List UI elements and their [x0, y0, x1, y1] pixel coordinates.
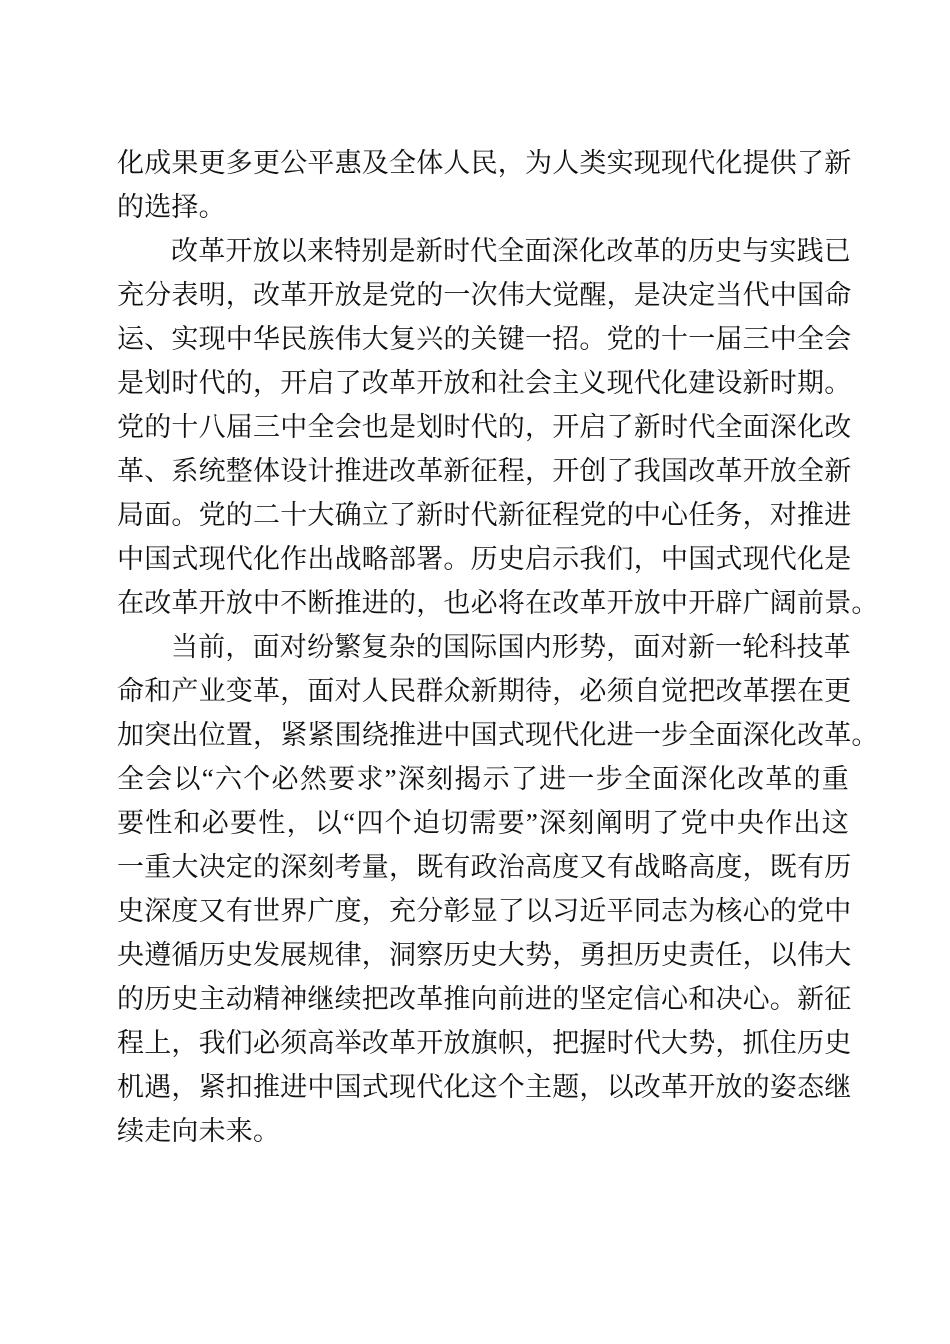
text-line: 一重大决定的深刻考量，既有政治高度又有战略高度，既有历: [117, 845, 849, 889]
text-line: 是划时代的，开启了改革开放和社会主义现代化建设新时期。: [117, 361, 849, 405]
text-line: 局面。党的二十大确立了新时代新征程党的中心任务，对推进: [117, 493, 849, 537]
text-line: 化成果更多更公平惠及全体人民，为人类实现现代化提供了新: [117, 141, 849, 185]
text-line: 程上，我们必须高举改革开放旗帜，把握时代大势，抓住历史: [117, 1021, 849, 1065]
text-line: 当前，面对纷繁复杂的国际国内形势，面对新一轮科技革: [117, 625, 849, 669]
text-line: 加突出位置，紧紧围绕推进中国式现代化进一步全面深化改革。: [117, 713, 849, 757]
text-line: 命和产业变革，面对人民群众新期待，必须自觉把改革摆在更: [117, 669, 849, 713]
text-line: 党的十八届三中全会也是划时代的，开启了新时代全面深化改: [117, 405, 849, 449]
text-line: 要性和必要性，以“四个迫切需要”深刻阐明了党中央作出这: [117, 801, 849, 845]
text-line: 的历史主动精神继续把改革推向前进的坚定信心和决心。新征: [117, 977, 849, 1021]
text-line: 全会以“六个必然要求”深刻揭示了进一步全面深化改革的重: [117, 757, 849, 801]
text-line: 中国式现代化作出战略部署。历史启示我们，中国式现代化是: [117, 537, 849, 581]
text-line: 运、实现中华民族伟大复兴的关键一招。党的十一届三中全会: [117, 317, 849, 361]
text-line: 充分表明，改革开放是党的一次伟大觉醒，是决定当代中国命: [117, 273, 849, 317]
text-line: 在改革开放中不断推进的，也必将在改革开放中开辟广阔前景。: [117, 581, 849, 625]
text-line: 的选择。: [117, 185, 849, 229]
text-line: 机遇，紧扣推进中国式现代化这个主题，以改革开放的姿态继: [117, 1065, 849, 1109]
document-page: 化成果更多更公平惠及全体人民，为人类实现现代化提供了新 的选择。 改革开放以来特…: [0, 0, 950, 1344]
text-line: 续走向未来。: [117, 1109, 849, 1153]
text-line: 改革开放以来特别是新时代全面深化改革的历史与实践已: [117, 229, 849, 273]
text-line: 革、系统整体设计推进改革新征程，开创了我国改革开放全新: [117, 449, 849, 493]
text-line: 史深度又有世界广度，充分彰显了以习近平同志为核心的党中: [117, 889, 849, 933]
document-body-text: 化成果更多更公平惠及全体人民，为人类实现现代化提供了新 的选择。 改革开放以来特…: [117, 141, 849, 1153]
text-line: 央遵循历史发展规律，洞察历史大势，勇担历史责任，以伟大: [117, 933, 849, 977]
